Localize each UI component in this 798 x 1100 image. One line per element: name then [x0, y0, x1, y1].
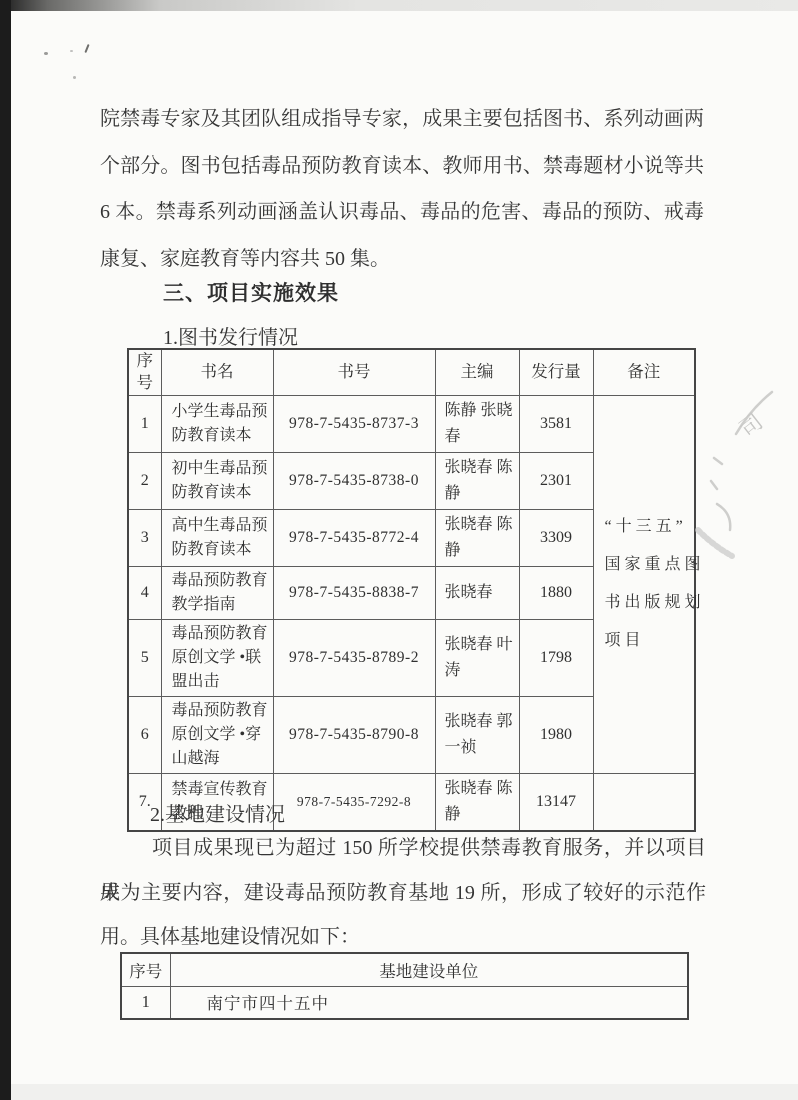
book-title: 高中生毒品预防教育读本	[161, 509, 273, 566]
paragraph-line: 6 本。禁毒系列动画涵盖认识毒品、毒品的危害、毒品的预防、戒毒	[100, 189, 704, 236]
bases-column-header: 序号	[121, 953, 170, 986]
section-heading-implementation-results: 三、项目实施效果	[163, 277, 339, 307]
book-circulation: 1798	[519, 619, 593, 696]
book-editors: 陈静 张晓春	[435, 395, 519, 452]
book-editors: 张晓春 陈静	[435, 773, 519, 831]
book-circulation: 13147	[519, 773, 593, 831]
base-no: 1	[121, 986, 170, 1019]
book-isbn: 978-7-5435-8790-8	[273, 696, 435, 773]
sub-heading-base-construction: 2.基地建设情况	[150, 798, 285, 827]
bases-table-header: 序号基地建设单位	[121, 953, 688, 986]
remark-line: “十三五”	[605, 508, 695, 546]
book-circulation: 1980	[519, 696, 593, 773]
book-no: 1	[128, 395, 161, 452]
paragraph-results-overview: 院禁毒专家及其团队组成指导专家，成果主要包括图书、系列动画两 个部分。图书包括毒…	[100, 96, 704, 282]
book-title: 初中生毒品预防教育读本	[161, 452, 273, 509]
scanned-document-page: { "paragraph_top": { "lines": [ "院禁毒专家及其…	[0, 0, 798, 1100]
book-editors: 张晓春 陈静	[435, 452, 519, 509]
remark-line: 国家重点图	[605, 546, 695, 584]
scan-speck	[84, 44, 89, 53]
book-editors: 张晓春 郭一祯	[435, 696, 519, 773]
bases-table-body: 1南宁市四十五中	[121, 986, 688, 1019]
books-column-header: 发行量	[519, 349, 593, 395]
book-no: 2	[128, 452, 161, 509]
paragraph-line: 康复、家庭教育等内容共 50 集。	[100, 236, 704, 283]
book-title: 毒品预防教育教学指南	[161, 566, 273, 619]
book-editors: 张晓春 陈静	[435, 509, 519, 566]
base-unit: 南宁市四十五中	[170, 986, 688, 1019]
book-title: 毒品预防教育原创文学 •联盟出击	[161, 619, 273, 696]
remark-line: 书出版规划	[605, 584, 695, 622]
books-column-header: 序号	[128, 349, 161, 395]
books-distribution-table: 序号书名书号主编发行量备注 1小学生毒品预防教育读本978-7-5435-873…	[127, 348, 696, 832]
book-title: 毒品预防教育原创文学 •穿山越海	[161, 696, 273, 773]
book-title: 小学生毒品预防教育读本	[161, 395, 273, 452]
bases-header-row: 序号基地建设单位	[121, 953, 688, 986]
seal-arc-bottom-serrated	[698, 530, 732, 556]
paragraph-line: 果为主要内容，建设毒品预防教育基地 19 所，形成了较好的示范作	[100, 871, 706, 916]
scan-speck	[44, 52, 48, 55]
book-isbn: 978-7-5435-8772-4	[273, 509, 435, 566]
book-circulation: 1880	[519, 566, 593, 619]
seal-arc-top	[736, 392, 772, 434]
book-isbn: 978-7-5435-8737-3	[273, 395, 435, 452]
book-no: 4	[128, 566, 161, 619]
book-circulation: 2301	[519, 452, 593, 509]
book-isbn: 978-7-5435-8838-7	[273, 566, 435, 619]
seal-character: 司	[735, 409, 768, 442]
books-column-header: 主编	[435, 349, 519, 395]
books-column-header: 备注	[593, 349, 695, 395]
book-isbn: 978-7-5435-7292-8	[273, 773, 435, 831]
paragraph-line: 项目成果现已为超过 150 所学校提供禁毒教育服务，并以项目成	[100, 826, 706, 871]
books-table-body: 1小学生毒品预防教育读本978-7-5435-8737-3陈静 张晓春3581“…	[128, 395, 695, 831]
scan-left-edge-shadow	[0, 0, 11, 1100]
book-circulation: 3309	[519, 509, 593, 566]
bases-column-header: 基地建设单位	[170, 953, 688, 986]
book-isbn: 978-7-5435-8789-2	[273, 619, 435, 696]
paragraph-base-construction: 项目成果现已为超过 150 所学校提供禁毒教育服务，并以项目成 果为主要内容，建…	[100, 826, 706, 960]
scan-speck	[70, 50, 73, 52]
book-no: 3	[128, 509, 161, 566]
book-isbn: 978-7-5435-8738-0	[273, 452, 435, 509]
book-row: 1小学生毒品预防教育读本978-7-5435-8737-3陈静 张晓春3581“…	[128, 395, 695, 452]
paragraph-line: 院禁毒专家及其团队组成指导专家，成果主要包括图书、系列动画两	[100, 96, 704, 143]
book-no: 5	[128, 619, 161, 696]
paragraph-line: 个部分。图书包括毒品预防教育读本、教师用书、禁毒题材小说等共	[100, 143, 704, 190]
books-remark-empty-cell	[593, 773, 695, 831]
book-editors: 张晓春 叶涛	[435, 619, 519, 696]
books-column-header: 书号	[273, 349, 435, 395]
bases-table: 序号基地建设单位 1南宁市四十五中	[120, 952, 689, 1020]
books-table-header: 序号书名书号主编发行量备注	[128, 349, 695, 395]
scan-speck	[73, 76, 76, 79]
scan-bottom-edge-shadow	[11, 1084, 798, 1100]
book-editors: 张晓春	[435, 566, 519, 619]
book-no: 6	[128, 696, 161, 773]
books-header-row: 序号书名书号主编发行量备注	[128, 349, 695, 395]
book-circulation: 3581	[519, 395, 593, 452]
base-row: 1南宁市四十五中	[121, 986, 688, 1019]
scan-top-edge-shadow	[0, 0, 798, 11]
sub-heading-book-distribution: 1.图书发行情况	[163, 321, 298, 350]
partial-ink-seal: 司	[686, 380, 798, 615]
books-remark-merged-cell: “十三五”国家重点图书出版规划项目	[593, 395, 695, 773]
remark-line: 项目	[605, 622, 695, 660]
books-column-header: 书名	[161, 349, 273, 395]
